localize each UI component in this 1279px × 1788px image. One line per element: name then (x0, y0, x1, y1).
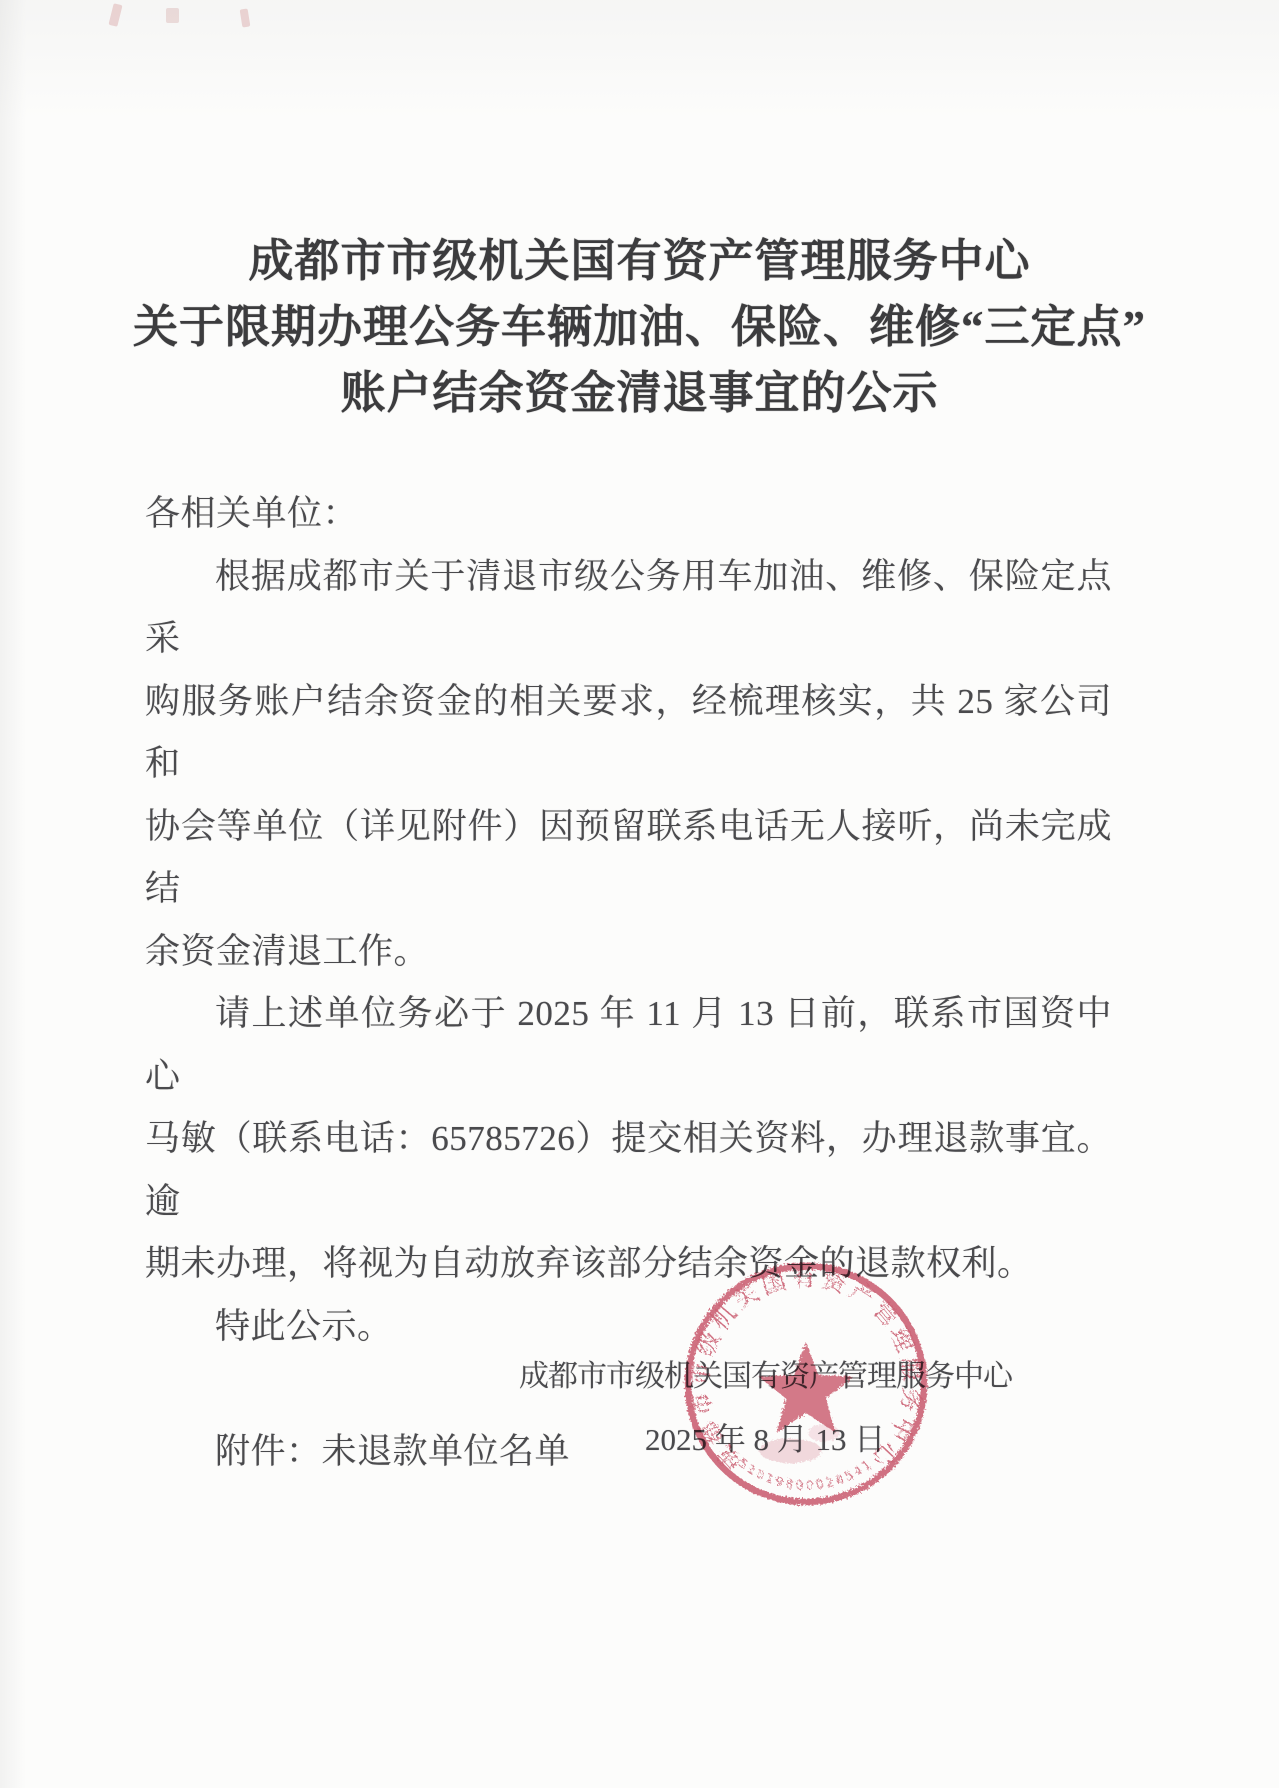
red-pen-mark (108, 3, 122, 27)
title-line-3: 账户结余资金清退事宜的公示 (0, 360, 1279, 426)
signature-org: 成都市市级机关国有资产管理服务中心 (519, 1351, 1012, 1395)
title-line-2: 关于限期办理公务车辆加油、保险、维修“三定点” (0, 294, 1279, 360)
title-line-1: 成都市市级机关国有资产管理服务中心 (0, 228, 1279, 294)
red-pen-mark (240, 8, 251, 27)
signature-date: 2025 年 8 月 13 日 (645, 1414, 885, 1459)
document-page: 成都市市级机关国有资产管理服务中心 关于限期办理公务车辆加油、保险、维修“三定点… (0, 0, 1279, 1788)
body-line: 余资金清退工作。 (145, 921, 1112, 984)
document-body: 各相关单位： 根据成都市关于清退市级公务用车加油、维修、保险定点采 购服务账户结… (145, 483, 1112, 1483)
body-line: 马敏（联系电话：65785726）提交相关资料，办理退款事宜。逾 (145, 1108, 1112, 1233)
red-pen-mark (166, 8, 179, 23)
body-line: 请上述单位务必于 2025 年 11 月 13 日前，联系市国资中心 (145, 983, 1112, 1108)
attachment-line: 附件：未退款单位名单 (145, 1421, 1112, 1484)
closing-line: 特此公示。 (145, 1296, 1112, 1359)
body-line: 购服务账户结余资金的相关要求，经梳理核实，共 25 家公司和 (145, 671, 1112, 796)
body-line: 根据成都市关于清退市级公务用车加油、维修、保险定点采 (145, 546, 1112, 671)
document-title: 成都市市级机关国有资产管理服务中心 关于限期办理公务车辆加油、保险、维修“三定点… (0, 228, 1279, 426)
salutation: 各相关单位： (145, 483, 1112, 546)
body-line: 期未办理，将视为自动放弃该部分结余资金的退款权利。 (145, 1233, 1112, 1296)
scan-streak-artifact (0, 0, 1279, 120)
body-line: 协会等单位（详见附件）因预留联系电话无人接听，尚未完成结 (145, 796, 1112, 921)
